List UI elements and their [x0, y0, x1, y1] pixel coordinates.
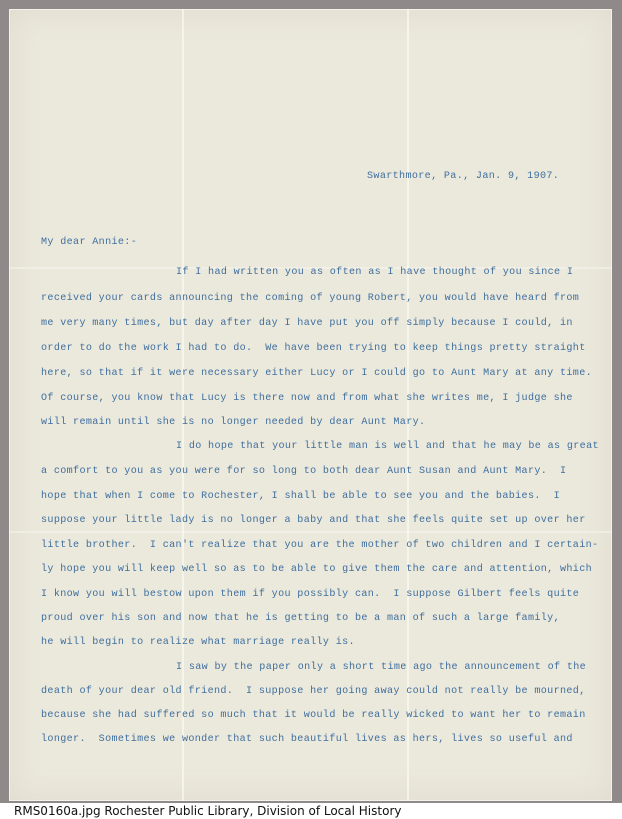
body-line: Of course, you know that Lucy is there n…: [41, 393, 573, 404]
fold-crease: [182, 9, 184, 801]
body-line: he will begin to realize what marriage r…: [41, 637, 355, 648]
dateline: Swarthmore, Pa., Jan. 9, 1907.: [367, 171, 559, 182]
body-line: order to do the work I had to do. We hav…: [41, 343, 586, 354]
fold-crease: [9, 531, 612, 533]
body-line: because she had suffered so much that it…: [41, 710, 586, 721]
body-line: me very many times, but day after day I …: [41, 318, 573, 329]
body-line: little brother. I can't realize that you…: [41, 540, 598, 551]
body-line: a comfort to you as you were for so long…: [41, 466, 566, 477]
image-caption: RMS0160a.jpg Rochester Public Library, D…: [14, 804, 401, 818]
body-line: longer. Sometimes we wonder that such be…: [41, 734, 573, 745]
body-line: I know you will bestow upon them if you …: [41, 589, 579, 600]
body-line: ly hope you will keep well so as to be a…: [41, 564, 592, 575]
body-line: I do hope that your little man is well a…: [176, 441, 599, 452]
body-line: proud over his son and now that he is ge…: [41, 613, 560, 624]
body-line: If I had written you as often as I have …: [176, 267, 573, 278]
body-line: death of your dear old friend. I suppose…: [41, 686, 586, 697]
body-line: suppose your little lady is no longer a …: [41, 515, 586, 526]
fold-crease: [407, 9, 409, 801]
body-line: received your cards announcing the comin…: [41, 293, 579, 304]
body-line: will remain until she is no longer neede…: [41, 417, 425, 428]
body-line: here, so that if it were necessary eithe…: [41, 368, 592, 379]
body-line: hope that when I come to Rochester, I sh…: [41, 491, 560, 502]
body-line: I saw by the paper only a short time ago…: [176, 662, 586, 673]
scan-background: Swarthmore, Pa., Jan. 9, 1907. My dear A…: [0, 0, 622, 803]
letter-page: Swarthmore, Pa., Jan. 9, 1907. My dear A…: [9, 9, 612, 801]
salutation: My dear Annie:-: [41, 237, 137, 248]
